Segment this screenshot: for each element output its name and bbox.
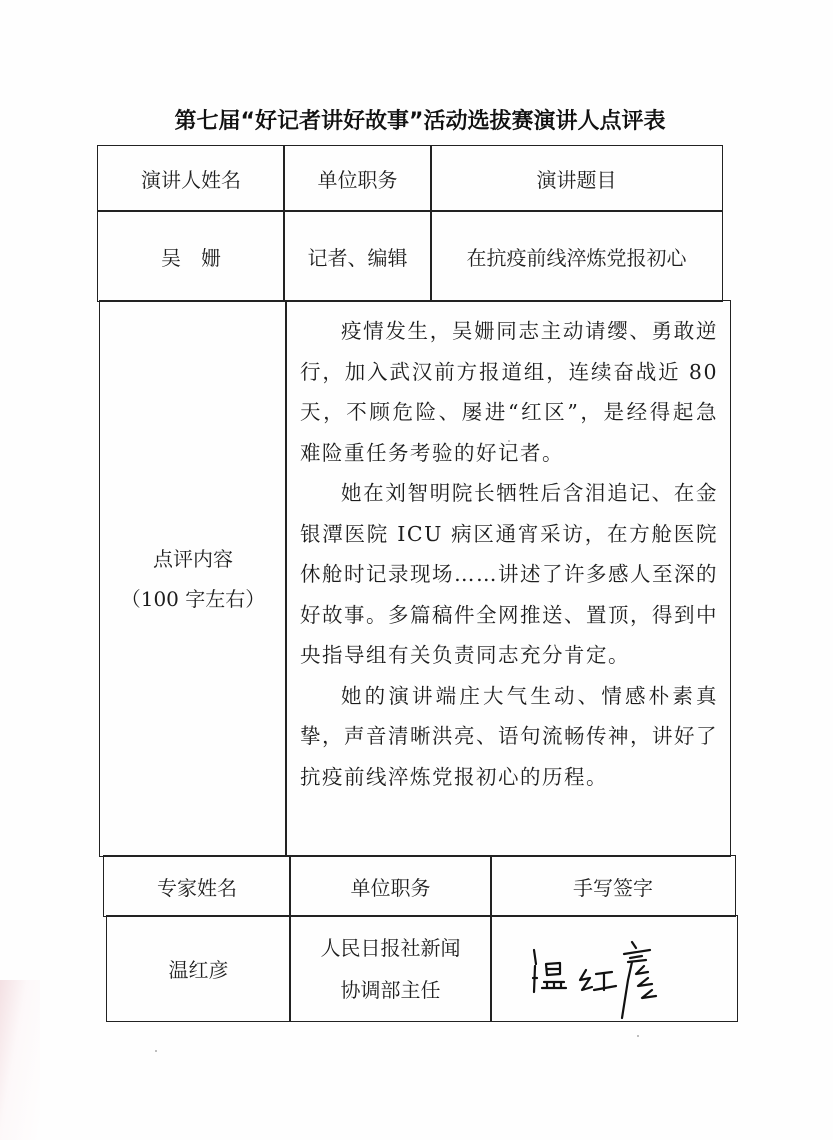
comment-paragraph: 她的演讲端庄大气生动、情感朴素真挚，声音清晰洪亮、语句流畅传神，讲好了抗疫前线淬… bbox=[300, 676, 718, 798]
speaker-topic-cell: 在抗疫前线淬炼党报初心 bbox=[430, 210, 723, 302]
header-position: 单位职务 bbox=[283, 145, 432, 212]
comment-sublabel: （100 字左右） bbox=[121, 579, 266, 619]
handwritten-signature-icon bbox=[520, 930, 680, 1020]
speaker-name-cell: 吴 姗 bbox=[97, 210, 285, 302]
expert-position-line: 协调部主任 bbox=[341, 969, 441, 1011]
speaker-topic: 在抗疫前线淬炼党报初心 bbox=[467, 242, 687, 271]
scan-speck bbox=[155, 1050, 157, 1052]
header-label: 专家姓名 bbox=[157, 872, 237, 901]
document-title: 第七届“好记者讲好故事”活动选拔赛演讲人点评表 bbox=[100, 104, 740, 135]
expert-name-cell: 温红彦 bbox=[106, 915, 291, 1022]
header-label: 演讲题目 bbox=[537, 164, 617, 193]
expert-position-line: 人民日报社新闻 bbox=[321, 927, 461, 969]
comment-paragraph: 疫情发生，吴姗同志主动请缨、勇敢逆行，加入武汉前方报道组，连续奋战近 80 天，… bbox=[300, 311, 718, 473]
scan-speck bbox=[508, 440, 510, 442]
speaker-position: 记者、编辑 bbox=[308, 242, 408, 271]
header-label: 单位职务 bbox=[351, 872, 431, 901]
header-topic: 演讲题目 bbox=[430, 145, 723, 212]
header-expert-name: 专家姓名 bbox=[103, 855, 291, 917]
header-label: 手写签字 bbox=[573, 872, 653, 901]
header-label: 演讲人姓名 bbox=[141, 164, 241, 193]
scan-speck bbox=[485, 445, 487, 447]
scan-speck bbox=[637, 1035, 639, 1037]
scan-edge-shadow bbox=[0, 980, 40, 1140]
speaker-name: 吴 姗 bbox=[161, 242, 221, 271]
header-expert-position: 单位职务 bbox=[289, 855, 492, 917]
comment-label-cell: 点评内容 （100 字左右） bbox=[99, 300, 287, 857]
comment-label: 点评内容 bbox=[153, 539, 233, 579]
speaker-position-cell: 记者、编辑 bbox=[283, 210, 432, 302]
comment-paragraph: 她在刘智明院长牺牲后含泪追记、在金银潭医院 ICU 病区通宵采访，在方舱医院休舱… bbox=[300, 473, 718, 676]
header-label: 单位职务 bbox=[318, 164, 398, 193]
expert-name: 温红彦 bbox=[169, 954, 229, 983]
comment-content-cell: 疫情发生，吴姗同志主动请缨、勇敢逆行，加入武汉前方报道组，连续奋战近 80 天，… bbox=[285, 300, 731, 857]
expert-position-cell: 人民日报社新闻 协调部主任 bbox=[289, 915, 492, 1022]
header-signature: 手写签字 bbox=[490, 855, 736, 917]
header-speaker-name: 演讲人姓名 bbox=[97, 145, 285, 212]
